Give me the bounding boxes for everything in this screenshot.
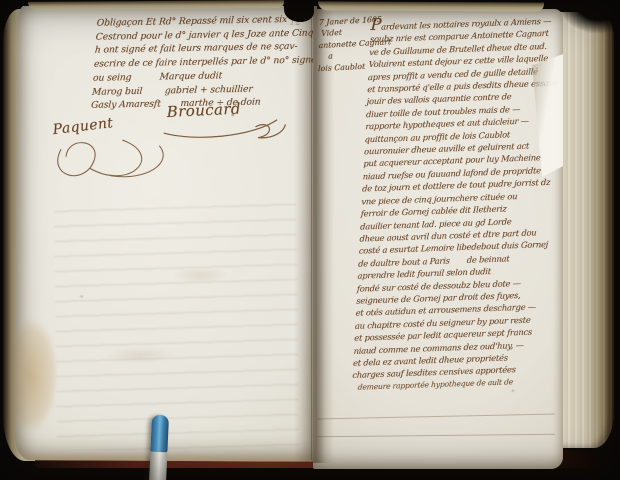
notarial-act-text: Pardevant les nottaires royaulx a Amiens… [351,12,563,394]
right-page: 7 Janer de 1605 Videtantonette Cagnart a… [313,9,563,469]
signature-paquent: Paquent [52,115,114,138]
paper-stain [15,296,74,454]
signature-broucard: Broucard [166,99,241,120]
obligation-heading: Obligaçon Et Rd° Repassé mil six cent si… [91,12,318,112]
gutter-top-notch [284,0,314,22]
pencil-shaft [149,452,167,480]
pencil-marker [149,415,169,480]
top-right-dark-corner [552,0,620,44]
signature-paquent-label: Paquent [52,115,114,138]
top-deckle-edge-right [318,1,544,11]
page-crease [317,434,555,437]
manuscript-photo: 12 Obligaçon Et Rd° Repassé mil six cent… [0,0,620,480]
signature-broucard-label: Broucard [166,99,241,120]
page-crease [317,414,555,420]
gutter-crease-line [311,6,312,460]
ink-bleedthrough [54,200,299,451]
left-page: 12 Obligaçon Et Rd° Repassé mil six cent… [15,4,317,462]
pencil-blue-tip [150,415,169,453]
